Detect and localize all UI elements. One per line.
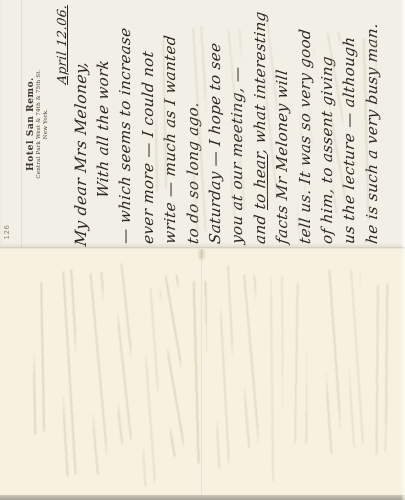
letterhead-address: Central Park West & 74th & 75th St. bbox=[36, 0, 43, 248]
letter-body-line: of him, to assent giving bbox=[318, 0, 340, 245]
letter-body-line: tell us. It was so very good bbox=[296, 0, 318, 245]
bleed-stroke-column bbox=[294, 283, 307, 446]
bleed-stroke-column bbox=[216, 265, 236, 469]
scan-edge-shadow bbox=[0, 495, 405, 500]
fold-notch bbox=[199, 249, 204, 259]
letter-body-line: and to hear, what interesting bbox=[251, 0, 273, 245]
bleed-stroke-column bbox=[347, 269, 363, 448]
letterhead-hotel-name: Hotel San Remo. bbox=[26, 0, 36, 248]
letter-body-line: he is such a very busy man. bbox=[363, 0, 385, 245]
letter-body-line: With all the work bbox=[94, 0, 116, 245]
letter-page-verso bbox=[0, 249, 405, 495]
bleed-stroke-column bbox=[117, 263, 131, 444]
bleed-stroke-column bbox=[165, 273, 184, 458]
letterhead: Hotel San Remo. Central Park West & 74th… bbox=[26, 0, 50, 248]
bleed-stroke-column bbox=[62, 269, 77, 477]
letter-body-line: write — much as I wanted bbox=[161, 0, 183, 245]
scanned-letter: Hotel San Remo. Central Park West & 74th… bbox=[0, 0, 405, 500]
letter-page-recto: Hotel San Remo. Central Park West & 74th… bbox=[0, 0, 405, 248]
letter-body-line: facts Mr Meloney will bbox=[273, 0, 295, 245]
letter-body-line: Saturday — I hope to see bbox=[206, 0, 228, 245]
letter-body: With all the work— which seems to increa… bbox=[94, 0, 385, 244]
bleed-stroke-column bbox=[31, 282, 49, 435]
letterhead-city: New York. bbox=[43, 0, 50, 248]
letter-date: April 12.06. bbox=[54, 3, 69, 84]
letter-body-line: ever more — I could not bbox=[139, 0, 161, 245]
bleed-stroke-column bbox=[242, 273, 258, 448]
bleed-stroke-column bbox=[142, 287, 161, 487]
bleed-stroke-column bbox=[373, 281, 391, 454]
bleed-stroke-column bbox=[269, 274, 283, 482]
letter-body-line: you at our meeting, — bbox=[228, 0, 250, 245]
vertical-fold-line bbox=[201, 249, 203, 495]
letter-salutation: My dear Mrs Meloney, bbox=[72, 60, 90, 247]
letter-body-line: us the lecture — although bbox=[340, 0, 362, 245]
bleed-stroke-column bbox=[324, 270, 341, 454]
letter-body-line: to do so long ago. bbox=[184, 0, 206, 245]
archive-number: 126 bbox=[3, 220, 11, 244]
rotated-letter-content: Hotel San Remo. Central Park West & 74th… bbox=[0, 0, 405, 248]
letter-body-line: — which seems to increase bbox=[116, 0, 138, 245]
bleed-stroke-column bbox=[90, 270, 107, 475]
